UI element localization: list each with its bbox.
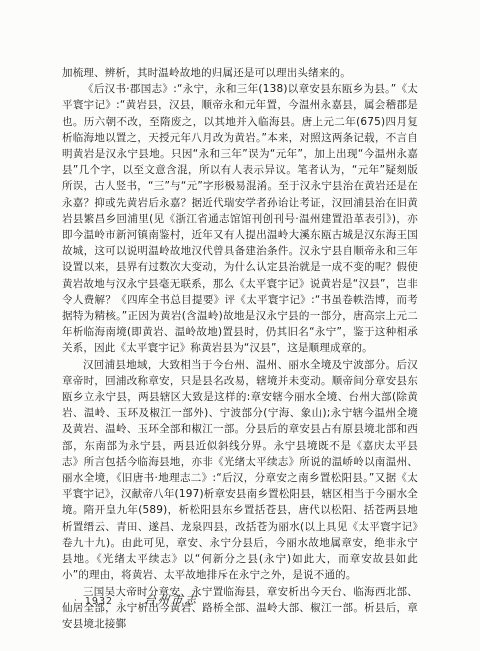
paragraph: 汉回浦县地域，大致相当于今台州、温州、丽水全境及宁波部分。后汉章帝时，回浦改称章… <box>62 357 418 584</box>
folio-left-dot: · <box>74 596 78 606</box>
folio: · 1932 · <box>74 596 124 607</box>
body-text: 加梳理、辨析，其时温岭故地的归属还是可以理出头绪来的。 《后汉书·郡国志》:“永… <box>62 65 418 632</box>
book-page: 加梳理、辨析，其时温岭故地的归属还是可以理出头绪来的。 《后汉书·郡国志》:“永… <box>0 0 480 651</box>
page-footer: · 1932 · 台州市志 <box>74 592 198 608</box>
page-number: 1932 <box>85 596 113 607</box>
folio-right-dot: · <box>120 596 124 606</box>
book-title: 台州市志 <box>143 592 199 608</box>
paragraph-continuation: 加梳理、辨析，其时温岭故地的归属还是可以理出头绪来的。 <box>62 65 418 81</box>
paragraph: 《后汉书·郡国志》:“永宁，永和三年(138)以章安县东瓯乡为县。”《太平寰宇记… <box>62 81 418 356</box>
